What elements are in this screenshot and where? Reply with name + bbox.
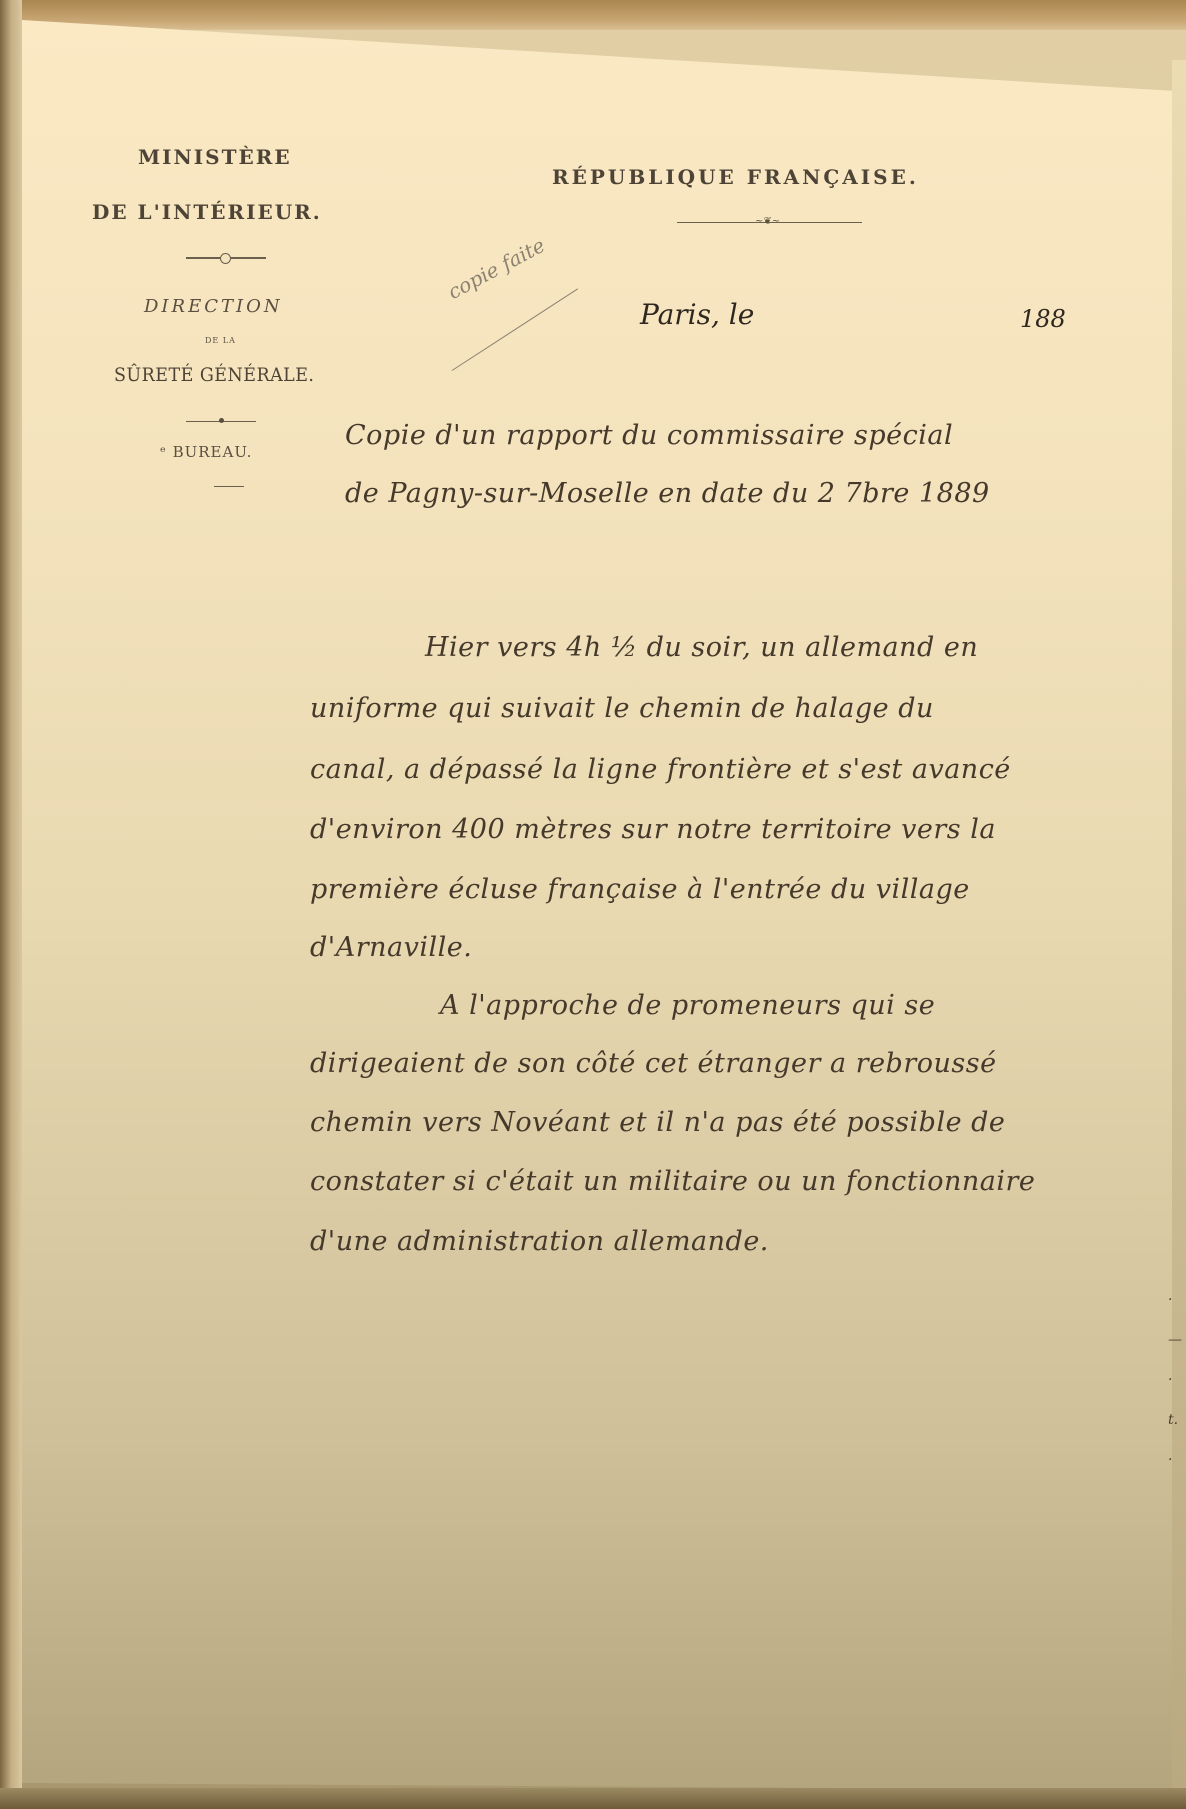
title-line-2: de Pagny-sur-Moselle en date du 2 7bre 1… [345, 478, 990, 509]
ministry-line-1: MINISTÈRE [138, 145, 292, 169]
direction-label: DIRECTION [144, 296, 283, 317]
title-line-1: Copie d'un rapport du commissaire spécia… [345, 420, 953, 451]
bureau-label: ᵉ BUREAU. [160, 443, 252, 461]
dateline-place: Paris, le [640, 298, 754, 331]
body-line: constater si c'était un militaire ou un … [310, 1166, 1035, 1197]
document-page [22, 20, 1172, 1790]
ornament-dot-icon [219, 418, 224, 423]
body-line: uniforme qui suivait le chemin de halage… [310, 693, 934, 724]
page-bottom-edge [0, 1788, 1186, 1809]
surete-generale-label: SÛRETÉ GÉNÉRALE. [114, 364, 314, 386]
ornament-divider [214, 486, 244, 487]
adjacent-mark: t. [1168, 1400, 1186, 1440]
backdrop-top-edge [0, 0, 1186, 30]
body-line: première écluse française à l'entrée du … [310, 874, 970, 905]
adjacent-mark: · [1168, 1280, 1186, 1320]
body-line: dirigeaient de son côté cet étranger a r… [310, 1048, 997, 1079]
body-line: canal, a dépassé la ligne frontière et s… [310, 754, 1011, 785]
adjacent-mark: · [1168, 1440, 1186, 1480]
adjacent-mark: · [1168, 1360, 1186, 1400]
fleuron-icon: ~❦~ [755, 216, 780, 227]
body-line: A l'approche de promeneurs qui se [440, 990, 935, 1021]
republic-heading: RÉPUBLIQUE FRANÇAISE. [552, 165, 919, 189]
body-line: d'environ 400 mètres sur notre territoir… [310, 814, 996, 845]
body-line: Hier vers 4h ½ du soir, un allemand en [425, 632, 978, 663]
ornament-dot-icon [220, 253, 231, 264]
body-line: d'une administration allemande. [310, 1226, 769, 1257]
body-line: chemin vers Novéant et il n'a pas été po… [310, 1107, 1005, 1138]
binding-left-edge [0, 0, 22, 1809]
ministry-line-2: DE L'INTÉRIEUR. [92, 200, 322, 224]
de-la-label: DE LA [205, 336, 236, 345]
body-line: d'Arnaville. [310, 932, 472, 963]
adjacent-mark: — [1168, 1320, 1186, 1360]
adjacent-page-marks: · — · t. · [1168, 1280, 1186, 1700]
dateline-year: 188 [1020, 305, 1066, 333]
